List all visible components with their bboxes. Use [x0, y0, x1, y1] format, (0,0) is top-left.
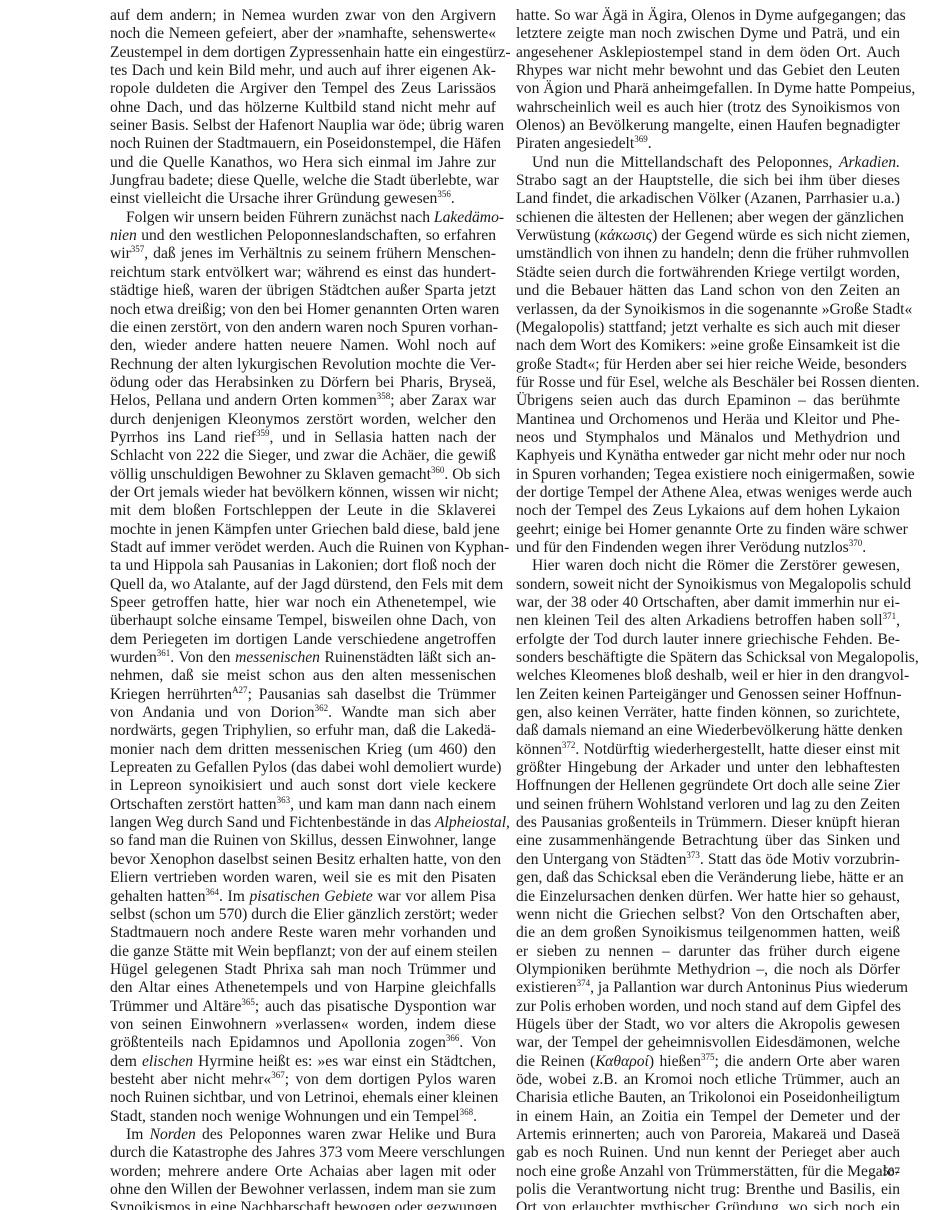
line-text: ohne Dach, und das hölzerne Kultbild sta… [110, 99, 496, 116]
line-text: öde, wobei z.B. an Kromoi noch etliche T… [516, 1071, 900, 1088]
line-text: polis die Verantwortung nicht trug: Bren… [516, 1181, 900, 1198]
footnote-ref: 370 [849, 538, 863, 548]
line-text: Speer getroffen hatte, hier war noch ein… [110, 594, 496, 611]
line-text: gen, daß das Schicksal eben die Veränder… [516, 869, 904, 886]
line-text: die Reinen ( [516, 1053, 595, 1070]
line-text: Kriegen herrührten [110, 686, 232, 703]
italic-term: Alpheiostal, [435, 814, 510, 831]
italic-term: Arkadien. [839, 154, 900, 171]
line-text: Übrigens seien auch das durch Epaminon –… [516, 392, 900, 409]
text-line: Hier waren doch nicht die Römer die Zers… [516, 557, 900, 575]
line-text: Im [126, 1126, 150, 1143]
text-line: nen kleinen Teil des alten Arkadiens bet… [516, 612, 900, 630]
line-text: daß damals niemand an eine Wiederbevölke… [516, 722, 903, 739]
line-text: ; Pausanias sah daselbst die Trümmer [248, 686, 496, 703]
footnote-ref: 365 [241, 997, 255, 1007]
line-text: der dortige Tempel der Athene Alea, etwa… [516, 484, 912, 501]
footnote-ref: 364 [206, 887, 220, 897]
text-line: Kaphyeis und Kynätha entweder gar nicht … [516, 447, 900, 465]
line-text: . Von den [170, 649, 235, 666]
line-text: und für den Findenden wegen ihrer Verödu… [516, 539, 849, 556]
italic-term: messenischen [235, 649, 320, 666]
line-text: . [473, 1108, 477, 1125]
text-line: Helos, Pellana und andern Orten kommen35… [110, 392, 496, 410]
text-line: ohne Dach, und das hölzerne Kultbild sta… [110, 99, 496, 117]
line-text: Stadtmauern noch andere Reste waren mehr… [110, 924, 496, 941]
text-line: für Rosse und für Esel, welche als Besch… [516, 374, 900, 392]
text-line: noch eine große Anzahl von Trümmerstätte… [516, 1163, 900, 1181]
line-text: in Spuren vorhanden; Tegea existiere noc… [516, 466, 915, 483]
text-line: seiner Basis. Selbst der Hafenort Naupli… [110, 117, 496, 135]
text-line: ropole duldeten die Argiver den Tempel d… [110, 80, 496, 98]
line-text: Jungfrau badete; diese Quelle, welche di… [110, 172, 499, 189]
text-line: neos und Stymphalos und Mänalos und Meth… [516, 429, 900, 447]
line-text: gen, also keinen Verräter, hatte finden … [516, 704, 900, 721]
line-text: noch der Tempel des Zeus Lykaions auf de… [516, 502, 900, 519]
line-text: Olenos) an Bevölkerung mangelte, einen H… [516, 117, 900, 134]
line-text: Hügels über der Stadt, wo vor alters die… [516, 1016, 900, 1033]
footnote-ref: 356 [437, 189, 451, 199]
text-line: nordwärts, gegen Triphylien, so erfuhr m… [110, 722, 496, 740]
footnote-ref: 367 [271, 1070, 285, 1080]
line-text: nen kleinen Teil des alten Arkadiens bet… [516, 612, 883, 629]
text-line: letztere zeigte man noch zwischen Dyme u… [516, 25, 900, 43]
line-text: Ort von erlauchter mythischer Gründung, … [516, 1199, 900, 1210]
text-line: (Megalopolis) stattfand; jetzt verhalte … [516, 319, 900, 337]
line-text: . Im [219, 888, 249, 905]
text-line: in Spuren vorhanden; Tegea existiere noc… [516, 466, 900, 484]
text-line: den Altar eines Athenetempels und von Ha… [110, 979, 496, 997]
line-text: dem [110, 1053, 142, 1070]
text-line: gab es noch Ruinen. Und nun kennt der Pe… [516, 1144, 900, 1162]
line-text: noch eine große Anzahl von Trümmerstätte… [516, 1163, 900, 1180]
text-line: Rechnung der alten lykurgischen Revoluti… [110, 356, 496, 374]
text-line: Im Norden des Peloponnes waren zwar Heli… [110, 1126, 496, 1144]
text-line: die einen zerstört, von den andern waren… [110, 319, 496, 337]
line-text: verlassen, da der Synoikismos in die sog… [516, 301, 912, 318]
line-text: von Ägion und Pharä anheimgefallen. In D… [516, 80, 915, 97]
text-line: war, der Tempel der geheimnisvollen Eide… [516, 1034, 900, 1052]
line-text: Eliern vertrieben worden waren, weil sie… [110, 869, 496, 886]
line-text: Und nun die Mittellandschaft des Pelopon… [532, 154, 839, 171]
line-text: (Megalopolis) stattfand; jetzt verhalte … [516, 319, 900, 336]
text-line: der Ort jemals wieder hat bevölkern könn… [110, 484, 496, 502]
line-text: war vor allem Pisa [373, 888, 496, 905]
line-text: war, der Tempel der geheimnisvollen Eide… [516, 1034, 900, 1051]
text-line: Synoikismos in eine Nachbarschaft bewoge… [110, 1199, 496, 1210]
line-text: die einen zerstört, von den andern waren… [110, 319, 498, 336]
text-line: geehrt; einige bei Homer genannte Orte z… [516, 521, 900, 539]
line-text: letztere zeigte man noch zwischen Dyme u… [516, 25, 900, 42]
line-text: große Stadt«; für Herden aber sei hier r… [516, 356, 907, 373]
line-text: Mantinea und Orchomenos und Heräa und Kl… [516, 411, 900, 428]
footnote-ref: 375 [701, 1052, 715, 1062]
footnote-ref: 361 [157, 648, 171, 658]
text-line: größter Hingebung der Arkader und unter … [516, 759, 900, 777]
text-line: des Pausanias großenteils in Trümmern. D… [516, 814, 900, 832]
footnote-ref: 369 [634, 134, 648, 144]
text-line: Jungfrau badete; diese Quelle, welche di… [110, 172, 496, 190]
text-line: und die Quelle Kanathos, wo Hera sich ei… [110, 154, 496, 172]
text-line: gehalten hatten364. Im pisatischen Gebie… [110, 888, 496, 906]
text-line: welches Kleomenes bloß deshalb, weil er … [516, 667, 900, 685]
line-text: noch Ruinen der Stadtmauern, ein Poseido… [110, 135, 501, 152]
text-line: polis die Verantwortung nicht trug: Bren… [516, 1181, 900, 1199]
line-text: Trümmer und Altäre [110, 998, 241, 1015]
text-line: Speer getroffen hatte, hier war noch ein… [110, 594, 496, 612]
text-line: Und nun die Mittellandschaft des Pelopon… [516, 154, 900, 172]
line-text: len Zeiten keinen Parteigänger und Genos… [516, 686, 902, 703]
line-text: sonders beschäftigte die Spätern das Sch… [516, 649, 919, 666]
line-text: Stadt, standen noch wenige Wohnungen und… [110, 1108, 460, 1125]
line-text: wir [110, 245, 131, 262]
line-text: durch denjenigen Kleonymos zerstört word… [110, 411, 496, 428]
text-line: eine zusammenhängende Betrachtung über d… [516, 832, 900, 850]
text-line: in Lepreon synoikisiert und auch sonst d… [110, 777, 496, 795]
line-text: war, der 38 oder 40 Ortschaften, aber da… [516, 594, 900, 611]
text-line: ta und Hippola sah Pausanias in Lakonien… [110, 557, 496, 575]
line-text: und die Quelle Kanathos, wo Hera sich ei… [110, 154, 496, 171]
line-text: . Ob sich [444, 466, 500, 483]
line-text: ) der Gegend würde es sich nicht ziemen, [652, 227, 910, 244]
text-line: wahrscheinlich weil es auch hier (trotz … [516, 99, 900, 117]
text-line: Artemis erinnerten; auch von Paroreia, M… [516, 1126, 900, 1144]
text-line: wurden361. Von den messenischen Ruinenst… [110, 649, 496, 667]
line-text: ohne den Willen der Bewohner verlassen, … [110, 1181, 496, 1198]
line-text: in Lepreon synoikisiert und auch sonst d… [110, 777, 496, 794]
line-text: den, wieder andere hatten neuere Namen. … [110, 337, 496, 354]
text-line: bevor Xenophon daselbst seinen Besitz er… [110, 851, 496, 869]
line-text: . Wandte man sich aber [328, 704, 496, 721]
footnote-ref: 360 [431, 465, 445, 475]
line-text: monier nach dem dritten messenischen Kri… [110, 741, 496, 758]
line-text: worden; mehrere andere Orte Achaias aber… [110, 1163, 496, 1180]
text-line: Piraten angesiedelt369. [516, 135, 900, 153]
text-line: ödung oder das Herabsinken zu Dörfern be… [110, 374, 496, 392]
text-line: Ortschaften zerstört hatten363, und kam … [110, 796, 496, 814]
line-text: Rhypes war nicht mehr bewohnt und das Ge… [516, 62, 900, 79]
line-text: Charisia etliche Bauten, an Trikolonoi e… [516, 1089, 900, 1106]
text-line: den Untergang von Städten373. Statt das … [516, 851, 900, 869]
line-text: Helos, Pellana und andern Orten kommen [110, 392, 377, 409]
line-text: Piraten angesiedelt [516, 135, 634, 152]
line-text: ; die andern Orte aber waren [715, 1053, 900, 1070]
text-line: hatte. So war Ägä in Ägira, Olenos in Dy… [516, 7, 900, 25]
line-text: nehmen, daß sie meist schon aus den alte… [110, 667, 496, 684]
text-line: größtenteils nach Epidamnos und Apolloni… [110, 1034, 496, 1052]
line-text: geehrt; einige bei Homer genannte Orte z… [516, 521, 908, 538]
line-text: der Ort jemals wieder hat bevölkern könn… [110, 484, 499, 501]
text-line: langen Weg durch Sand und Fichtenbeständ… [110, 814, 496, 832]
footnote-ref: 368 [460, 1107, 474, 1117]
text-line: von Andania und von Dorion362. Wandte ma… [110, 704, 496, 722]
line-text: von seinen Einwohnern »verlassen« worden… [110, 1016, 496, 1033]
line-text: Hügel gelegenen Stadt Phrixa sah man noc… [110, 961, 496, 978]
text-line: noch Ruinen der Stadtmauern, ein Poseido… [110, 135, 496, 153]
text-line: erfolgte der Tod durch lauter innere gri… [516, 631, 900, 649]
text-line: noch etwa dreißig; von den bei Homer gen… [110, 301, 496, 319]
line-text: ta und Hippola sah Pausanias in Lakonien… [110, 557, 496, 574]
text-line: schienen die ältesten der Hellenen; aber… [516, 209, 900, 227]
line-text: nach dem Wort des Komikers: »eine große … [516, 337, 900, 354]
line-text: städtige hieß, waren der übrigen Städtch… [110, 282, 496, 299]
line-text: dem Periegeten im dortigen Lande verschi… [110, 631, 496, 648]
line-text: bevor Xenophon daselbst seinen Besitz er… [110, 851, 501, 868]
text-line: tes Dach und kein Bild mehr, und auch au… [110, 62, 496, 80]
line-text: tes Dach und kein Bild mehr, und auch au… [110, 62, 496, 79]
right-text-column: hatte. So war Ägä in Ägira, Olenos in Dy… [516, 7, 900, 1210]
line-text: und die Bebauer hätten das Land schon vo… [516, 282, 900, 299]
line-text: Kaphyeis und Kynätha entweder gar nicht … [516, 447, 905, 464]
text-line: von Ägion und Pharä anheimgefallen. In D… [516, 80, 900, 98]
text-line: können372. Notdürftig wiederhergestellt,… [516, 741, 900, 759]
text-line: überhaupt solche einsame Tempel, bisweil… [110, 612, 496, 630]
line-text: , daß jenes im Verhältnis zu seinem früh… [144, 245, 496, 262]
text-line: Trümmer und Altäre365; auch das pisatisc… [110, 998, 496, 1016]
text-line: durch denjenigen Kleonymos zerstört word… [110, 411, 496, 429]
line-text: Folgen wir unsern beiden Führern zunächs… [126, 209, 434, 226]
line-text: wurden [110, 649, 157, 666]
text-line: mochte in jenen Kämpfen unter Griechen b… [110, 521, 496, 539]
line-text: welches Kleomenes bloß deshalb, weil er … [516, 667, 909, 684]
left-text-column: auf dem andern; in Nemea wurden zwar von… [110, 7, 496, 1210]
text-line: mit dem bloßen Fortschleppen der Leute i… [110, 502, 496, 520]
footnote-ref: 373 [686, 850, 700, 860]
text-line: die Reinen (Καθαροί) hießen375; die ande… [516, 1053, 900, 1071]
line-text: durch die Katastrophe des Jahres 373 vom… [110, 1144, 505, 1161]
text-line: gen, daß das Schicksal eben die Veränder… [516, 869, 900, 887]
line-text: mit dem bloßen Fortschleppen der Leute i… [110, 502, 496, 519]
line-text: angesehener Asklepiostempel stand in dem… [516, 44, 900, 61]
line-text: noch die Nemeen gefeiert, aber der »namh… [110, 25, 496, 42]
text-line: dem Periegeten im dortigen Lande verschi… [110, 631, 496, 649]
text-line: Stadt auf immer verödet werden. Auch die… [110, 539, 496, 557]
page-number: 587 [870, 1166, 900, 1178]
line-text: die ganze Stätte mit Wein bepflanzt; von… [110, 943, 497, 960]
footnote-ref: A27 [232, 685, 248, 695]
text-line: sonders beschäftigte die Spätern das Sch… [516, 649, 900, 667]
line-text: Artemis erinnerten; auch von Paroreia, M… [516, 1126, 900, 1143]
text-line: und für den Findenden wegen ihrer Verödu… [516, 539, 900, 557]
text-line: Verwüstung (κάκωσις) der Gegend würde es… [516, 227, 900, 245]
text-line: Übrigens seien auch das durch Epaminon –… [516, 392, 900, 410]
text-line: existieren374, ja Pallantion war durch A… [516, 979, 900, 997]
line-text: schienen die ältesten der Hellenen; aber… [516, 209, 904, 226]
line-text: zur Polis erhoben worden, und noch stand… [516, 998, 901, 1015]
text-line: Pyrrhos ins Land rief359, und in Sellasi… [110, 429, 496, 447]
line-text: Ortschaften zerstört hatten [110, 796, 277, 813]
line-text: Quell da, wo Atalante, auf der Jagd dürs… [110, 576, 503, 593]
text-line: die ganze Stätte mit Wein bepflanzt; von… [110, 943, 496, 961]
text-line: sondern, soweit nicht der Synoikismus vo… [516, 576, 900, 594]
italic-term: Norden [150, 1126, 196, 1143]
text-line: reichtum stark entvölkert war; während e… [110, 264, 496, 282]
text-line: Olympioniken berühmte Methydrion –, die … [516, 961, 900, 979]
line-text: . Notdürftig wiederhergestellt, hatte di… [575, 741, 900, 758]
text-line: durch die Katastrophe des Jahres 373 vom… [110, 1144, 496, 1162]
text-line: monier nach dem dritten messenischen Kri… [110, 741, 496, 759]
line-text: des Peloponnes waren zwar Helike und Bur… [196, 1126, 496, 1143]
line-text: einst vielleicht die Ursache ihrer Gründ… [110, 190, 437, 207]
text-line: noch die Nemeen gefeiert, aber der »namh… [110, 25, 496, 43]
line-text: Hoffnungen der Hellenen gegründete Ort d… [516, 777, 900, 794]
line-text: Synoikismos in eine Nachbarschaft bewoge… [110, 1199, 497, 1210]
line-text: den Altar eines Athenetempels und von Ha… [110, 979, 496, 996]
text-line: war, der 38 oder 40 Ortschaften, aber da… [516, 594, 900, 612]
line-text: Olympioniken berühmte Methydrion –, die … [516, 961, 900, 978]
text-line: Städte seien durch die fortwährenden Kri… [516, 264, 900, 282]
text-line: Stadtmauern noch andere Reste waren mehr… [110, 924, 496, 942]
text-line: völlig unschuldigen Bewohner zu Sklaven … [110, 466, 496, 484]
italic-term: elischen [142, 1053, 193, 1070]
line-text: ödung oder das Herabsinken zu Dörfern be… [110, 374, 496, 391]
text-line: die an dem großen Synoikismus teilgenomm… [516, 924, 900, 942]
text-line: verlassen, da der Synoikismos in die sog… [516, 301, 900, 319]
line-text: besteht aber nicht mehr« [110, 1071, 271, 1088]
line-text: gehalten hatten [110, 888, 206, 905]
line-text: Strabo sagt an der Hauptstelle, die sich… [516, 172, 900, 189]
footnote-ref: 363 [277, 795, 291, 805]
line-text: Verwüstung ( [516, 227, 600, 244]
line-text: Schlacht von 222 die Sieger, und zwar di… [110, 447, 496, 464]
text-line: noch Ruinen sichtbar, und von Letrinoi, … [110, 1089, 496, 1107]
line-text: ) hießen [649, 1053, 701, 1070]
line-text: den Untergang von Städten [516, 851, 686, 868]
footnote-ref: 362 [315, 703, 329, 713]
text-line: nien und den westlichen Peloponneslandsc… [110, 227, 496, 245]
line-text: . [648, 135, 652, 152]
text-line: zur Polis erhoben worden, und noch stand… [516, 998, 900, 1016]
line-text: ; auch das pisatische Dyspontion war [255, 998, 496, 1015]
text-line: besteht aber nicht mehr«367; von dem dor… [110, 1071, 496, 1089]
line-text: erfolgte der Tod durch lauter innere gri… [516, 631, 900, 648]
line-text: wahrscheinlich weil es auch hier (trotz … [516, 99, 900, 116]
text-line: dem elischen Hyrmine heißt es: »es war e… [110, 1053, 496, 1071]
line-text: in einem Hain, an Zoitia ein Tempel der … [516, 1108, 900, 1125]
line-text: so fand man die Ruinen von Skillus, dess… [110, 832, 496, 849]
text-line: den, wieder andere hatten neuere Namen. … [110, 337, 496, 355]
line-text: eine zusammenhängende Betrachtung über d… [516, 832, 900, 849]
text-line: auf dem andern; in Nemea wurden zwar von… [110, 7, 496, 25]
line-text: Städte seien durch die fortwährenden Kri… [516, 264, 900, 281]
line-text: , ja Pallantion war durch Antoninus Pius… [590, 979, 908, 996]
line-text: des Pausanias großenteils in Trümmern. D… [516, 814, 900, 831]
text-line: Land findet, die arkadischen Völker (Aza… [516, 190, 900, 208]
footnote-ref: 358 [377, 391, 391, 401]
text-line: len Zeiten keinen Parteigänger und Genos… [516, 686, 900, 704]
text-line: nehmen, daß sie meist schon aus den alte… [110, 667, 496, 685]
footnote-ref: 357 [131, 244, 145, 254]
text-line: Hügels über der Stadt, wo vor alters die… [516, 1016, 900, 1034]
line-text: und seinen frühern Wohlstand verloren un… [516, 796, 900, 813]
line-text: mochte in jenen Kämpfen unter Griechen b… [110, 521, 500, 538]
line-text: , und kam man dann nach einem [290, 796, 496, 813]
line-text: und den westlichen Peloponneslandschafte… [137, 227, 496, 244]
footnote-ref: 372 [562, 740, 576, 750]
text-line: wir357, daß jenes im Verhältnis zu seine… [110, 245, 496, 263]
text-line: von seinen Einwohnern »verlassen« worden… [110, 1016, 496, 1034]
text-line: und die Bebauer hätten das Land schon vo… [516, 282, 900, 300]
text-line: selbst (schon um 570) durch die Elier gä… [110, 906, 496, 924]
footnote-ref: 359 [256, 428, 270, 438]
text-line: Hügel gelegenen Stadt Phrixa sah man noc… [110, 961, 496, 979]
line-text: die Einzelursachen denken dürfen. Wer ha… [516, 888, 900, 905]
text-line: Charisia etliche Bauten, an Trikolonoi e… [516, 1089, 900, 1107]
line-text: wenn nicht die Griechen selbst? Von den … [516, 906, 900, 923]
line-text: von Andania und von Dorion [110, 704, 315, 721]
text-line: Olenos) an Bevölkerung mangelte, einen H… [516, 117, 900, 135]
line-text: ; aber Zarax war [390, 392, 496, 409]
text-line: große Stadt«; für Herden aber sei hier r… [516, 356, 900, 374]
text-line: Lepreaten zu Gefallen Pylos (das dabei w… [110, 759, 496, 777]
text-line: worden; mehrere andere Orte Achaias aber… [110, 1163, 496, 1181]
line-text: können [516, 741, 562, 758]
text-line: so fand man die Ruinen von Skillus, dess… [110, 832, 496, 850]
line-text: . [862, 539, 866, 556]
line-text: langen Weg durch Sand und Fichtenbeständ… [110, 814, 435, 831]
line-text: sondern, soweit nicht der Synoikismus vo… [516, 576, 911, 593]
footnote-ref: 371 [883, 611, 897, 621]
text-line: einst vielleicht die Ursache ihrer Gründ… [110, 190, 496, 208]
line-text: er sieben zu nennen – darunter das frühe… [516, 943, 900, 960]
line-text: umständlich von ihnen zu handeln; denn d… [516, 245, 909, 262]
text-line: Kriegen herrührtenA27; Pausanias sah das… [110, 686, 496, 704]
text-line: Strabo sagt an der Hauptstelle, die sich… [516, 172, 900, 190]
text-line: Hoffnungen der Hellenen gegründete Ort d… [516, 777, 900, 795]
line-text: seiner Basis. Selbst der Hafenort Naupli… [110, 117, 504, 134]
line-text: . [451, 190, 455, 207]
line-text: Stadt auf immer verödet werden. Auch die… [110, 539, 509, 556]
italic-term: nien [110, 227, 137, 244]
text-line: Schlacht von 222 die Sieger, und zwar di… [110, 447, 496, 465]
text-line: Folgen wir unsern beiden Führern zunächs… [110, 209, 496, 227]
text-line: Rhypes war nicht mehr bewohnt und das Ge… [516, 62, 900, 80]
text-line: noch der Tempel des Zeus Lykaions auf de… [516, 502, 900, 520]
line-text: überhaupt solche einsame Tempel, bisweil… [110, 612, 496, 629]
line-text: Hyrmine heißt es: »es war einst ein Städ… [193, 1053, 496, 1070]
line-text: . Statt das öde Motiv vorzubrin- [700, 851, 900, 868]
line-text: noch etwa dreißig; von den bei Homer gen… [110, 301, 499, 318]
line-text: . Von [459, 1034, 496, 1051]
text-line: gen, also keinen Verräter, hatte finden … [516, 704, 900, 722]
text-line: Eliern vertrieben worden waren, weil sie… [110, 869, 496, 887]
line-text: Pyrrhos ins Land rief [110, 429, 256, 446]
text-line: Quell da, wo Atalante, auf der Jagd dürs… [110, 576, 496, 594]
line-text: reichtum stark entvölkert war; während e… [110, 264, 496, 281]
text-line: und seinen frühern Wohlstand verloren un… [516, 796, 900, 814]
footnote-ref: 366 [446, 1033, 460, 1043]
text-line: daß damals niemand an eine Wiederbevölke… [516, 722, 900, 740]
line-text: größter Hingebung der Arkader und unter … [516, 759, 900, 776]
text-line: die Einzelursachen denken dürfen. Wer ha… [516, 888, 900, 906]
line-text: auf dem andern; in Nemea wurden zwar von… [110, 7, 496, 24]
text-line: Stadt, standen noch wenige Wohnungen und… [110, 1108, 496, 1126]
line-text: selbst (schon um 570) durch die Elier gä… [110, 906, 498, 923]
line-text: , und in Sellasia hatten nach der [269, 429, 496, 446]
text-line: wenn nicht die Griechen selbst? Von den … [516, 906, 900, 924]
line-text: Land findet, die arkadischen Völker (Aza… [516, 190, 900, 207]
line-text: die an dem großen Synoikismus teilgenomm… [516, 924, 900, 941]
line-text: gab es noch Ruinen. Und nun kennt der Pe… [516, 1144, 900, 1161]
line-text: Hier waren doch nicht die Römer die Zers… [532, 557, 900, 574]
italic-term: pisatischen Gebiete [249, 888, 372, 905]
line-text: existieren [516, 979, 577, 996]
line-text: hatte. So war Ägä in Ägira, Olenos in Dy… [516, 7, 906, 24]
line-text: völlig unschuldigen Bewohner zu Sklaven … [110, 466, 431, 483]
text-line: er sieben zu nennen – darunter das frühe… [516, 943, 900, 961]
line-text: nordwärts, gegen Triphylien, so erfuhr m… [110, 722, 496, 739]
line-text: neos und Stymphalos und Mänalos und Meth… [516, 429, 900, 446]
